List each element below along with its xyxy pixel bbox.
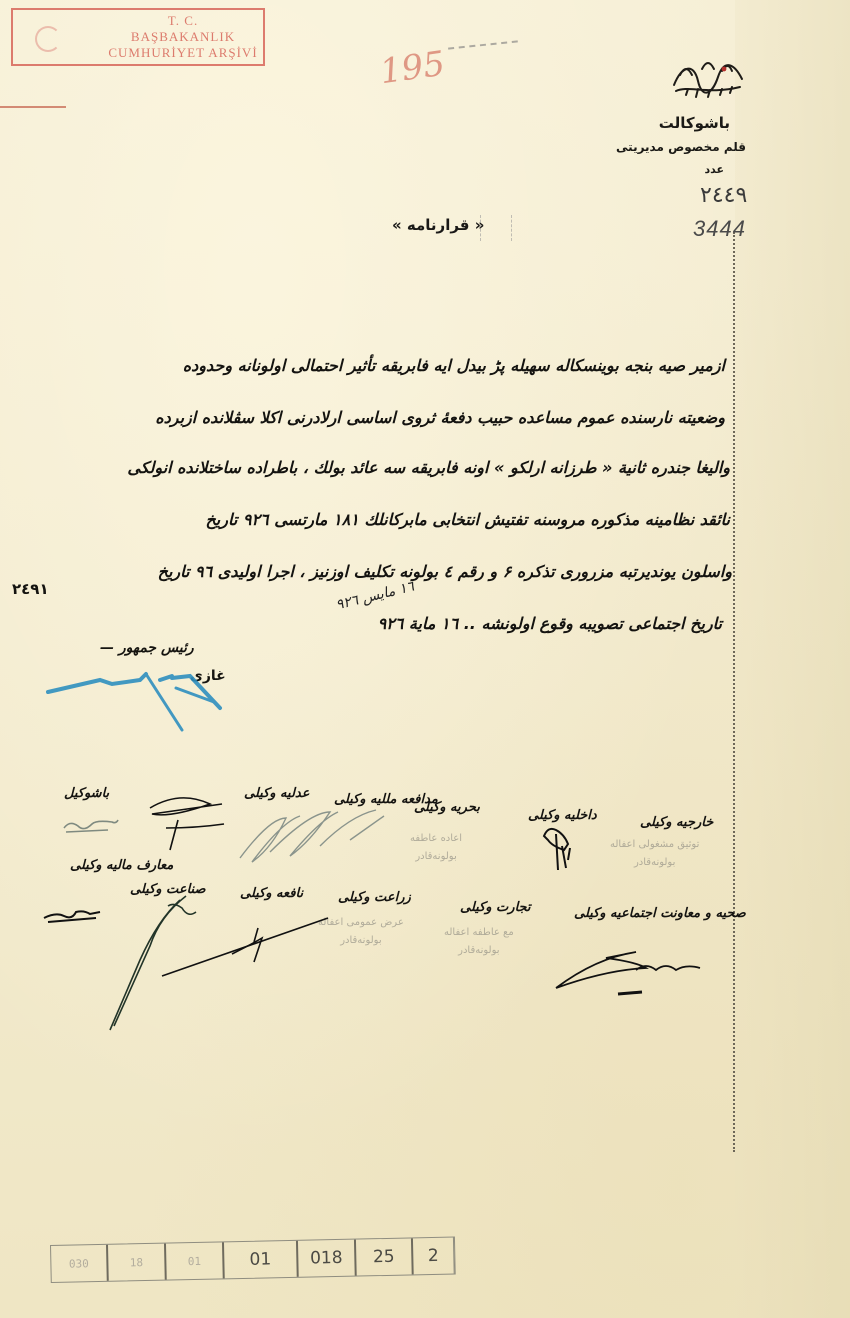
sig-title-justice: عدليه وكيلى [244,786,310,801]
letterhead-office: باشوكالت [659,114,730,132]
sig-title-navy: بحريه وكيلى [414,800,480,815]
body-line-6: تاريخ اجتماعى تصويبه وقوع اولونشه .. ١٦ … [378,614,722,633]
body-line-5: واسلون يونديرتبه مزرورى تذكره ۶ و رقم ٤ … [158,562,732,581]
sig-note-foreign: توثيق مشغولى اعفالهبولونه‌قادر [610,836,699,872]
body-line-4: نائقد نظامينه مذكوره مروسنه تفتيش انتخاب… [205,510,730,529]
sig-title-commerce: تجارت وكيلى [460,900,531,915]
letterhead-number-label: عدد [704,163,724,176]
document-page: T. C. BAŞBAKANLIK CUMHURİYET ARŞİVİ 195 … [0,0,850,1318]
margin-number: ٢٤٩١ [12,580,49,598]
stamp-line-1: T. C. [103,13,263,29]
tughra-emblem-icon [668,55,748,101]
sig-note-agriculture: عرض عمومى اعفالهبولونه‌قادر [318,914,404,950]
catalog-cell-2: 18 [108,1244,167,1281]
catalog-cell-6: 25 [356,1238,414,1275]
reference-number-ottoman: ٢٤٤٩ [700,183,747,208]
catalog-cell-4: 01 [224,1241,299,1279]
letterhead-department: قلم مخصوص مديريتى [616,140,746,154]
date-insertion: ١٦ مايس ٩٢٦ [334,579,416,614]
stamp-line-3: CUMHURİYET ARŞİVİ [103,45,263,61]
red-margin-rule [0,106,66,108]
sig-title-public-works: نافعه وكيلى [240,886,303,901]
president-title: غازى [190,668,226,684]
body-line-2: وضعيته نارسنده عموم مساعده حبيب دفعه‌ٔ ث… [155,408,725,427]
document-title: « قرارنامه » [392,216,484,234]
pencil-dash-mark [448,40,518,50]
right-margin-strip [735,0,850,1318]
sig-note-navy: اعاده عاطفهبولونه‌قادر [410,830,462,866]
archive-catalog-number: 030 18 01 01 018 25 2 [50,1237,456,1283]
closing-line: رئيس جمهور — [100,640,194,656]
crescent-icon [35,26,61,52]
stamp-line-2: BAŞBAKANLIK [103,29,263,45]
sig-note-commerce: مع عاطفه اعفالهبولونه‌قادر [444,924,514,960]
handwritten-page-number: 195 [378,44,448,93]
sig-title-health: صحيه و معاونت اجتماعيه وكيلى [574,906,746,921]
sig-title-foreign: خارجيه وكيلى [640,815,713,830]
pencil-mark [480,215,512,241]
catalog-cell-7: 2 [413,1238,455,1275]
sig-title-industry: صناعت وكيلى [130,882,206,897]
catalog-cell-1: 030 [51,1245,109,1282]
dotted-fold-line [733,232,735,1152]
sig-title-finance: معارف مالیه وكيلى [70,858,173,873]
sig-title-interior: داخليه وكيلى [528,808,597,823]
archive-stamp: T. C. BAŞBAKANLIK CUMHURİYET ARŞİVİ [11,8,265,66]
sig-title-agriculture: زراعت وكيلى [338,890,411,905]
sig-title-prime-minister: باشوكيل [64,786,109,801]
catalog-cell-3: 01 [166,1242,225,1279]
reference-number-latin: 3444 [693,216,746,242]
catalog-cell-5: 018 [298,1240,357,1277]
body-line-3: واليغا جندره ثانية « طرزانه ارلكو » اونه… [127,458,730,477]
body-line-1: ازمير صيه بنجه بوينسكاله سهيله پڑ بيدل ا… [183,356,725,375]
